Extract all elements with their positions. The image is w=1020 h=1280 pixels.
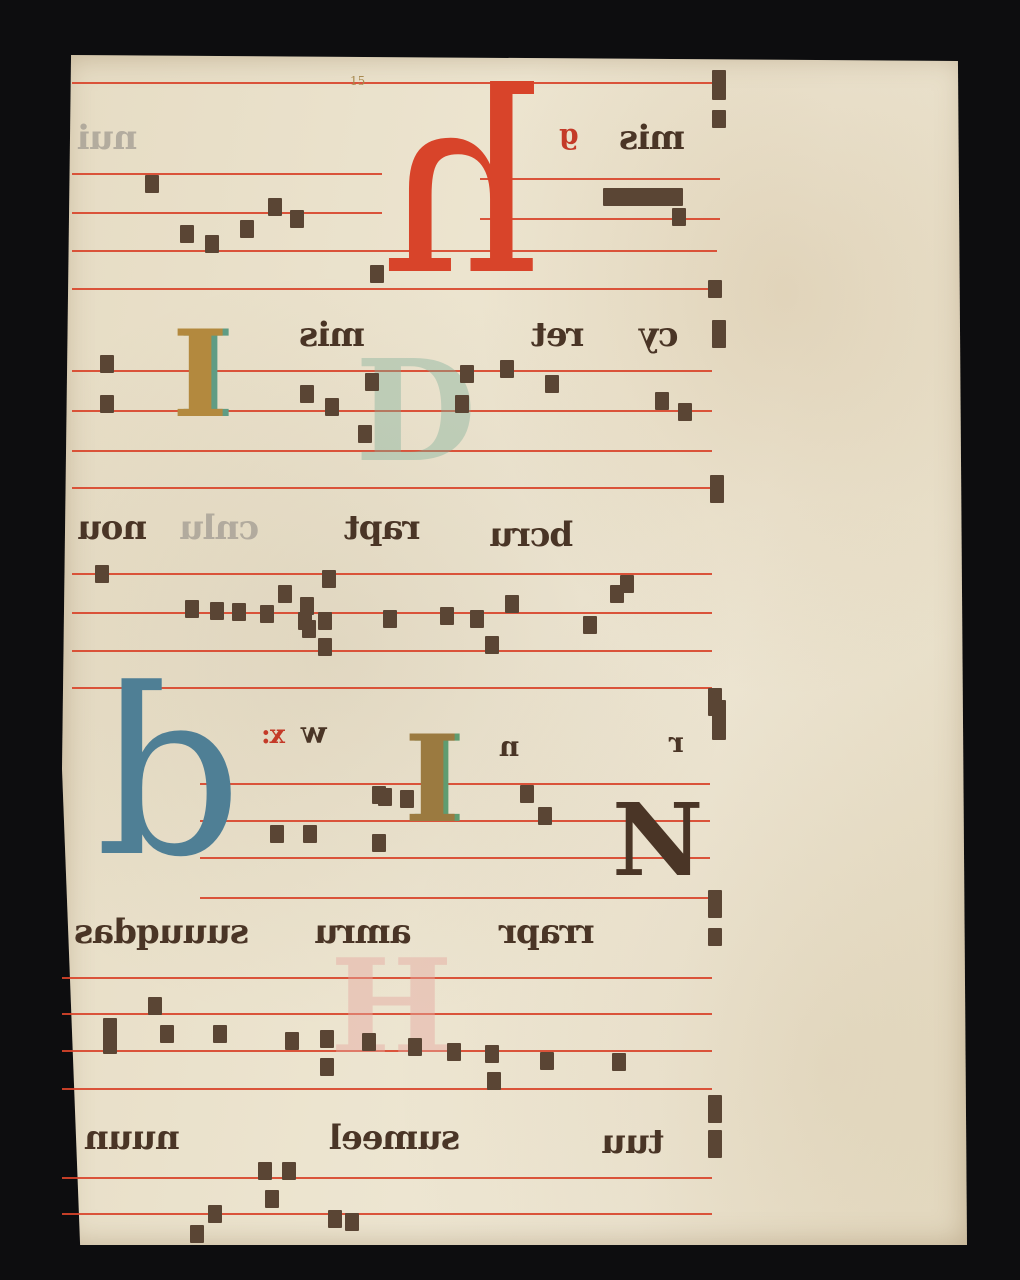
text-line-1-word: mis bbox=[620, 118, 685, 158]
text-line-6-word: nuun bbox=[85, 1118, 180, 1158]
text-line-2-word: ret bbox=[532, 315, 584, 355]
folio-number: 15 bbox=[350, 74, 365, 88]
text-line-4-word: r bbox=[670, 726, 684, 759]
blue-initial-d: d bbox=[95, 660, 242, 890]
rubric-g: g bbox=[560, 118, 579, 151]
text-line-6-word: sumeel bbox=[330, 1118, 460, 1158]
text-line-3-word: nou bbox=[78, 508, 147, 548]
red-initial-h: h bbox=[382, 60, 543, 310]
text-line-3-word: rapt bbox=[345, 508, 420, 548]
ghost-red-initial: H bbox=[330, 930, 453, 1083]
text-line-4-word: n bbox=[500, 730, 519, 763]
text-line-3-word: bcru bbox=[490, 515, 573, 555]
large-n-letter: N bbox=[612, 790, 703, 890]
text-line-6-word: tuu bbox=[602, 1122, 664, 1162]
text-line-3-word: cnlu bbox=[180, 508, 259, 548]
gilt-green-initial-I: I bbox=[172, 315, 228, 435]
text-line-1-word: nui bbox=[78, 118, 137, 158]
text-line-4-word: w bbox=[302, 716, 327, 751]
text-line-5-word: suuuqdas bbox=[75, 912, 249, 952]
text-line-5-word: rrapr bbox=[500, 912, 595, 952]
text-line-2-word: cy bbox=[640, 315, 678, 355]
gilt-green-initial-I-2: I bbox=[404, 720, 460, 840]
rubric-mark: x: bbox=[262, 720, 285, 750]
